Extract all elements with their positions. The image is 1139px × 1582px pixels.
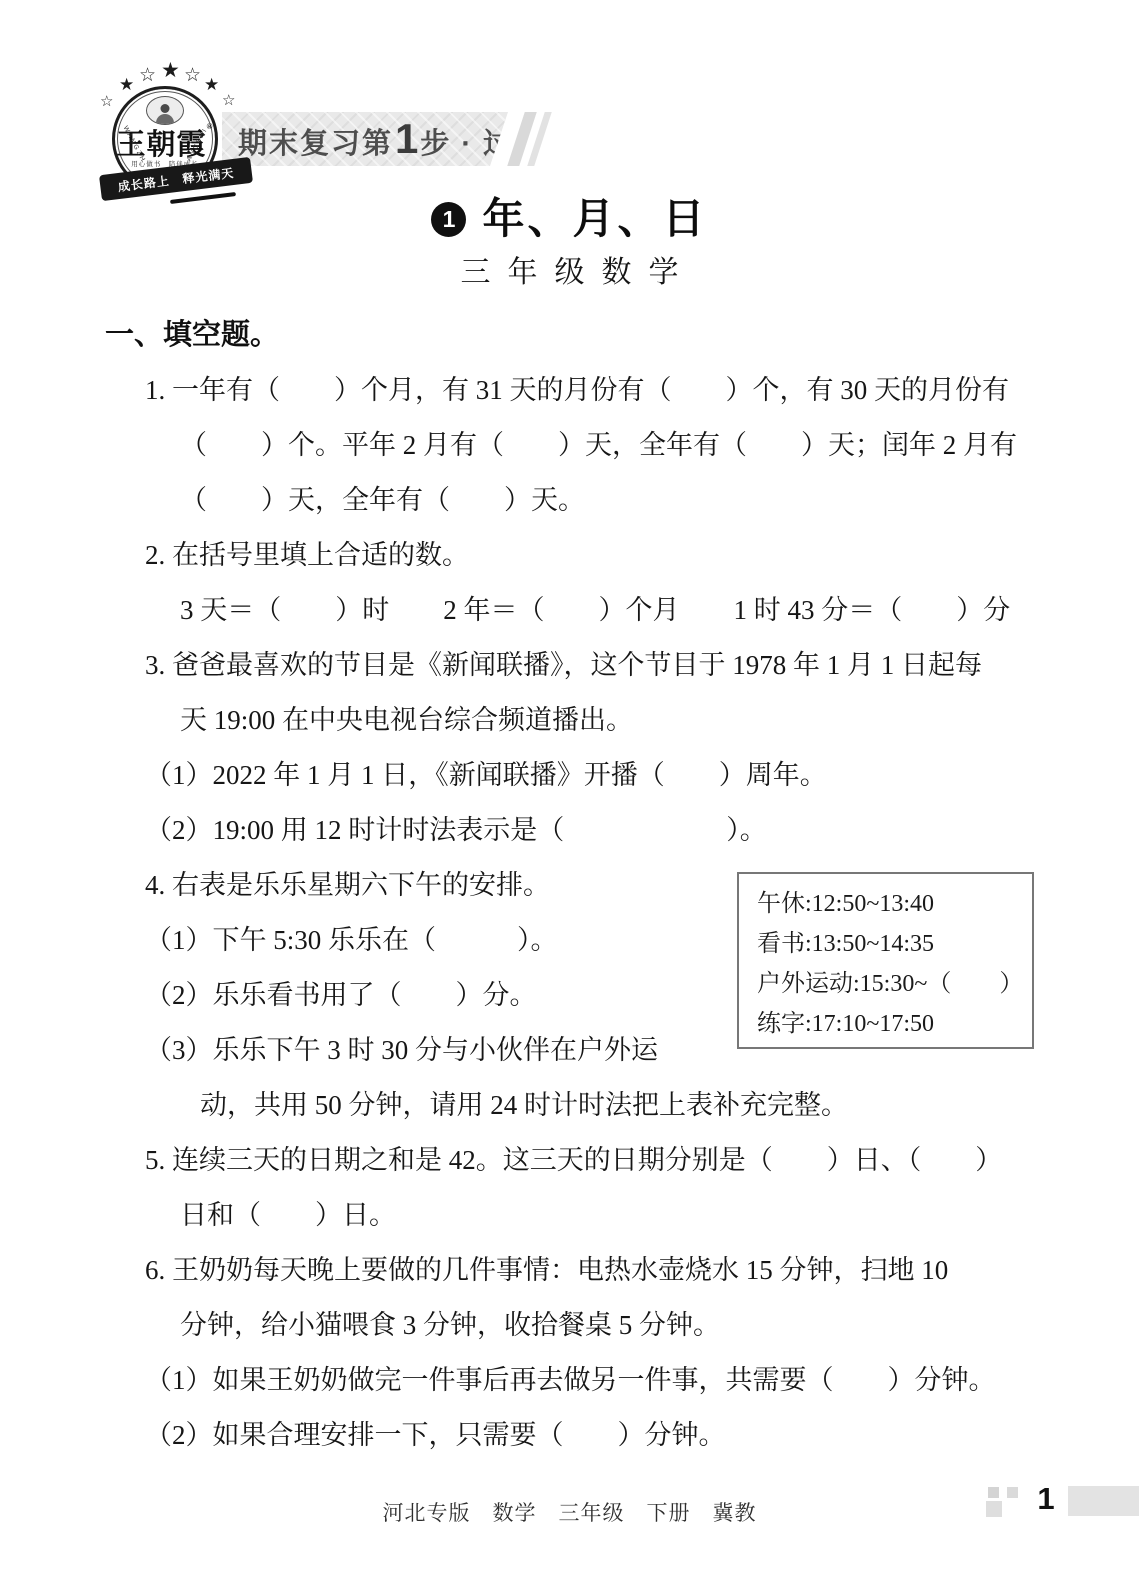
pixel-decor-icon <box>1007 1487 1018 1498</box>
question-line: （2）如果合理安排一下，只需要（ ）分钟。 <box>105 1408 1040 1463</box>
page-subtitle: 三年级数学 <box>0 258 1139 288</box>
question-line: （ ）个。平年 2 月有（ ）天，全年有（ ）天；闰年 2 月有 <box>105 418 1040 473</box>
section-heading: 一、填空题。 <box>105 308 1040 363</box>
question-line: 5. 连续三天的日期之和是 42。这三天的日期分别是（ ）日、（ ） <box>105 1133 1040 1188</box>
portrait-icon <box>146 96 184 125</box>
portrait-head <box>161 104 170 113</box>
pixel-decor-icon <box>1068 1486 1139 1516</box>
header-banner: 期末复习第1步 · 过课本 <box>222 112 508 166</box>
worksheet-page: 期末复习第1步 · 过课本 ☆★☆★☆★☆ 王朝霞® 用心做书 陪伴成长 WAN… <box>0 0 1139 1582</box>
star-icon: ☆ <box>139 66 156 85</box>
star-icon: ★ <box>161 60 180 81</box>
pixel-decor-icon <box>988 1487 999 1498</box>
lesson-number-badge: 1 <box>431 202 466 237</box>
pixel-decor-icon <box>986 1501 1002 1517</box>
question-line: （2）19:00 用 12 时计时法表示是（ ）。 <box>105 803 1040 858</box>
title-block: 1 年、月、日 三年级数学 <box>0 198 1139 288</box>
question-line: 动，共用 50 分钟，请用 24 时计时法把上表补充完整。 <box>105 1078 1040 1133</box>
question-line: （1）如果王奶奶做完一件事后再去做另一件事，共需要（ ）分钟。 <box>105 1353 1040 1408</box>
star-icon: ☆ <box>100 94 113 109</box>
question-line: 分钟，给小猫喂食 3 分钟，收拾餐桌 5 分钟。 <box>105 1298 1040 1353</box>
schedule-table: 午休:12:50~13:40看书:13:50~14:35户外运动:15:30~（… <box>737 872 1034 1049</box>
banner-text-post: 步 · 过课本 <box>420 128 576 160</box>
schedule-row: 午休:12:50~13:40 <box>757 884 1032 924</box>
question-line: 天 19:00 在中央电视台综合频道播出。 <box>105 693 1040 748</box>
page-number: 1 <box>1028 1481 1064 1517</box>
star-icon: ★ <box>204 77 219 94</box>
question-line: 1. 一年有（ ）个月，有 31 天的月份有（ ）个，有 30 天的月份有 <box>105 363 1040 418</box>
footer-meta: 河北专版 数学 三年级 下册 冀教 <box>0 1497 1139 1527</box>
star-icon: ☆ <box>184 66 201 85</box>
question-line: 日和（ ）日。 <box>105 1188 1040 1243</box>
schedule-row: 户外运动:15:30~（ ） <box>757 964 1032 1004</box>
schedule-row: 练字:17:10~17:50 <box>757 1004 1032 1044</box>
page-title: 年、月、日 <box>482 198 707 240</box>
ribbon-swoosh-icon <box>170 192 236 204</box>
question-line: 6. 王奶奶每天晚上要做的几件事情：电热水壶烧水 15 分钟，扫地 10 <box>105 1243 1040 1298</box>
banner-text-pre: 期末复习第 <box>238 128 393 160</box>
star-icon: ☆ <box>222 93 235 108</box>
banner-step-number: 1 <box>393 115 420 162</box>
question-line: （ ）天，全年有（ ）天。 <box>105 473 1040 528</box>
question-line: 2. 在括号里填上合适的数。 <box>105 528 1040 583</box>
question-line: 3 天＝（ ）时 2 年＝（ ）个月 1 时 43 分＝（ ）分 <box>105 583 1040 638</box>
question-line: 3. 爸爸最喜欢的节目是《新闻联播》，这个节目于 1978 年 1 月 1 日起… <box>105 638 1040 693</box>
brand-logo: ☆★☆★☆★☆ 王朝霞® 用心做书 陪伴成长 WANGZH ANGSHI 成长路… <box>98 60 258 210</box>
question-line: （1）2022 年 1 月 1 日，《新闻联播》开播（ ）周年。 <box>105 748 1040 803</box>
star-icon: ★ <box>119 77 134 94</box>
schedule-row: 看书:13:50~14:35 <box>757 924 1032 964</box>
